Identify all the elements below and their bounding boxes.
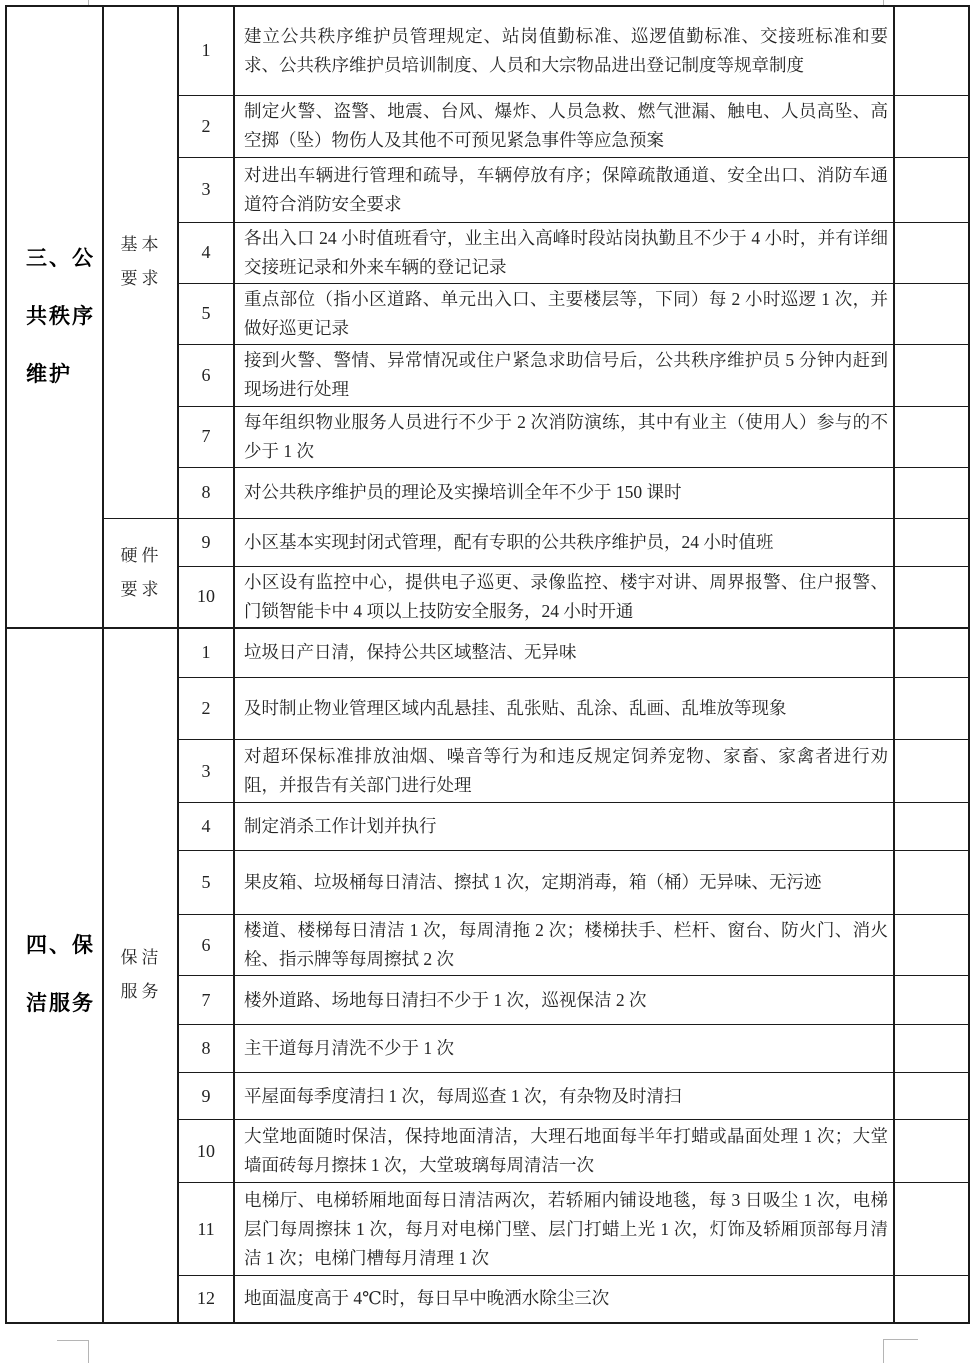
row-description: 对进出车辆进行管理和疏导，车辆停放有序；保障疏散通道、安全出口、消防车通道符合消… (234, 157, 894, 222)
table-row: 硬件 要求 9 小区基本实现封闭式管理，配有专职的公共秩序维护员，24 小时值班 (6, 518, 969, 566)
check-cell (894, 1073, 969, 1120)
row-number: 3 (178, 740, 234, 803)
row-description: 建立公共秩序维护员管理规定、站岗值勤标准、巡逻值勤标准、交接班标准和要求、公共秩… (234, 6, 894, 95)
check-cell (894, 6, 969, 95)
check-cell (894, 678, 969, 740)
row-description: 重点部位（指小区道路、单元出入口、主要楼层等，下同）每 2 小时巡逻 1 次，并… (234, 283, 894, 344)
row-description: 对公共秩序维护员的理论及实操培训全年不少于 150 课时 (234, 467, 894, 518)
check-cell (894, 803, 969, 851)
check-cell (894, 157, 969, 222)
row-number: 12 (178, 1276, 234, 1323)
category-cell-cleaning-service: 四、保 洁服务 (6, 628, 103, 1323)
row-description: 小区基本实现封闭式管理，配有专职的公共秩序维护员，24 小时值班 (234, 518, 894, 566)
check-cell (894, 976, 969, 1025)
row-description: 制定消杀工作计划并执行 (234, 803, 894, 851)
row-description: 小区设有监控中心，提供电子巡更、录像监控、楼宇对讲、周界报警、住户报警、门锁智能… (234, 566, 894, 628)
document-page: 三、公 共秩序 维护 基本 要求 1 建立公共秩序维护员管理规定、站岗值勤标准、… (0, 0, 971, 1363)
row-number: 1 (178, 6, 234, 95)
margin-corner-mark-bottom-left (57, 1340, 89, 1341)
row-description: 果皮箱、垃圾桶每日清洁、擦拭 1 次，定期消毒，箱（桶）无异味、无污迹 (234, 851, 894, 915)
row-description: 各出入口 24 小时值班看守，业主出入高峰时段站岗执勤且不少于 4 小时，并有详… (234, 222, 894, 283)
row-number: 8 (178, 467, 234, 518)
group-cell-cleaning-service: 保洁 服务 (103, 628, 178, 1323)
row-number: 9 (178, 518, 234, 566)
group-cell-basic-requirements: 基本 要求 (103, 6, 178, 518)
row-description: 接到火警、警情、异常情况或住户紧急求助信号后，公共秩序维护员 5 分钟内赶到现场… (234, 344, 894, 406)
row-number: 9 (178, 1073, 234, 1120)
row-description: 及时制止物业管理区域内乱悬挂、乱张贴、乱涂、乱画、乱堆放等现象 (234, 678, 894, 740)
check-cell (894, 518, 969, 566)
check-cell (894, 740, 969, 803)
row-number: 4 (178, 222, 234, 283)
row-number: 4 (178, 803, 234, 851)
check-cell (894, 222, 969, 283)
row-description: 大堂地面随时保洁，保持地面清洁，大理石地面每半年打蜡或晶面处理 1 次；大堂墙面… (234, 1120, 894, 1183)
check-cell (894, 406, 969, 467)
row-number: 6 (178, 915, 234, 976)
check-cell (894, 628, 969, 678)
table-row: 三、公 共秩序 维护 基本 要求 1 建立公共秩序维护员管理规定、站岗值勤标准、… (6, 6, 969, 95)
row-description: 主干道每月清洗不少于 1 次 (234, 1025, 894, 1073)
row-description: 楼外道路、场地每日清扫不少于 1 次，巡视保洁 2 次 (234, 976, 894, 1025)
check-cell (894, 344, 969, 406)
check-cell (894, 1183, 969, 1276)
check-cell (894, 566, 969, 628)
check-cell (894, 95, 969, 157)
category-cell-public-order: 三、公 共秩序 维护 (6, 6, 103, 628)
row-description: 地面温度高于 4℃时，每日早中晚洒水除尘三次 (234, 1276, 894, 1323)
row-number: 8 (178, 1025, 234, 1073)
margin-corner-mark-bottom-right (883, 1339, 918, 1340)
row-number: 5 (178, 283, 234, 344)
check-cell (894, 1276, 969, 1323)
margin-corner-mark-bottom-left-arm (88, 1340, 89, 1363)
row-description: 楼道、楼梯每日清洁 1 次，每周清拖 2 次；楼梯扶手、栏杆、窗台、防火门、消火… (234, 915, 894, 976)
row-number: 2 (178, 95, 234, 157)
row-description: 垃圾日产日清，保持公共区域整洁、无异味 (234, 628, 894, 678)
row-number: 3 (178, 157, 234, 222)
row-number: 6 (178, 344, 234, 406)
row-description: 每年组织物业服务人员进行不少于 2 次消防演练，其中有业主（使用人）参与的不少于… (234, 406, 894, 467)
check-cell (894, 283, 969, 344)
row-description: 制定火警、盗警、地震、台风、爆炸、人员急救、燃气泄漏、触电、人员高坠、高空掷（坠… (234, 95, 894, 157)
row-number: 1 (178, 628, 234, 678)
row-description: 电梯厅、电梯轿厢地面每日清洁两次，若轿厢内铺设地毯，每 3 日吸尘 1 次，电梯… (234, 1183, 894, 1276)
row-description: 对超环保标准排放油烟、噪音等行为和违反规定饲养宠物、家畜、家禽者进行劝阻，并报告… (234, 740, 894, 803)
check-cell (894, 467, 969, 518)
check-cell (894, 915, 969, 976)
service-standard-table: 三、公 共秩序 维护 基本 要求 1 建立公共秩序维护员管理规定、站岗值勤标准、… (5, 5, 970, 1324)
check-cell (894, 1025, 969, 1073)
row-number: 10 (178, 1120, 234, 1183)
row-number: 2 (178, 678, 234, 740)
check-cell (894, 851, 969, 915)
row-description: 平屋面每季度清扫 1 次，每周巡查 1 次，有杂物及时清扫 (234, 1073, 894, 1120)
group-cell-hardware-requirements: 硬件 要求 (103, 518, 178, 628)
table-row: 四、保 洁服务 保洁 服务 1 垃圾日产日清，保持公共区域整洁、无异味 (6, 628, 969, 678)
margin-corner-mark-bottom-right-arm (883, 1339, 884, 1363)
check-cell (894, 1120, 969, 1183)
row-number: 7 (178, 976, 234, 1025)
row-number: 11 (178, 1183, 234, 1276)
row-number: 7 (178, 406, 234, 467)
row-number: 5 (178, 851, 234, 915)
row-number: 10 (178, 566, 234, 628)
